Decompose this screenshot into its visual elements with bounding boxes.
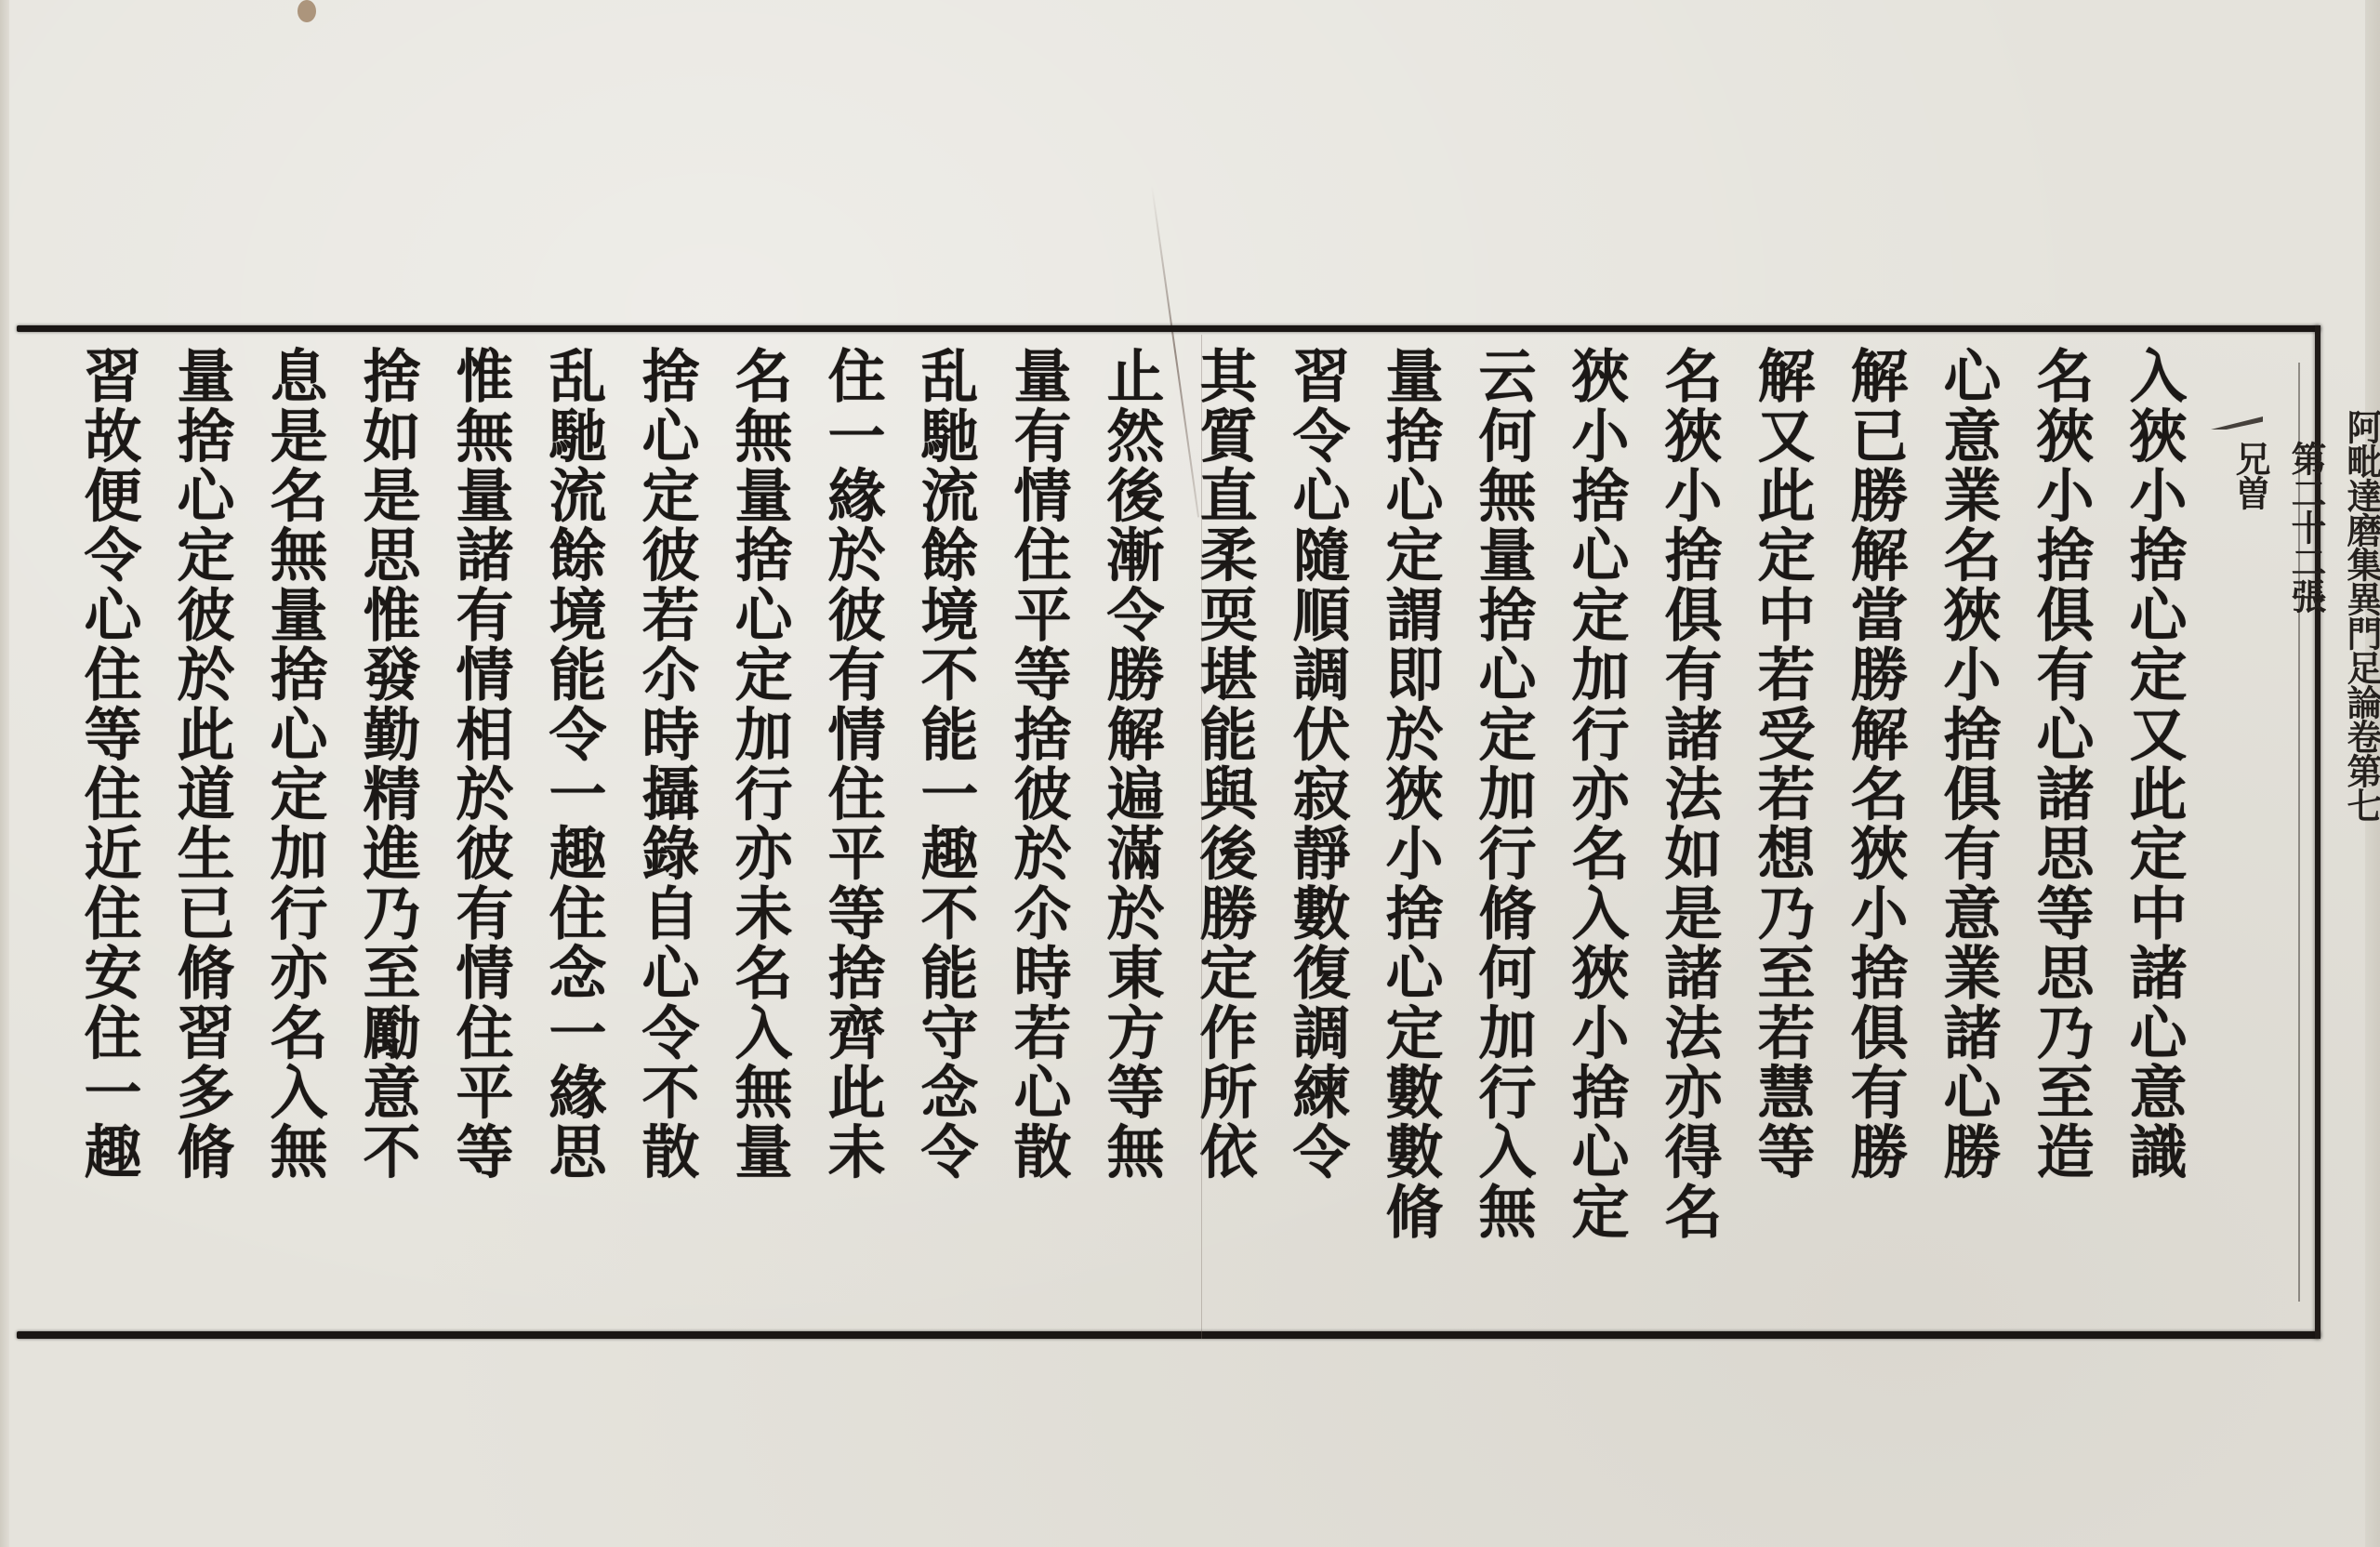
text-column-15: 住一緣於彼有情住平等捨齊此未 bbox=[805, 346, 898, 1318]
printed-frame: 入狹小捨心定又此定中諸心意識 名狹小捨俱有心諸思等思乃至造 心意業名狹小捨俱有意… bbox=[17, 325, 2320, 1339]
text-column-4: 解已勝解當勝解名狹小捨俱有勝 bbox=[1828, 346, 1921, 1318]
text-column-9: 量捨心定謂即於狹小捨心定數數脩 bbox=[1363, 346, 1456, 1318]
text-column-10: 習令心隨順調伏寂靜數復調練令 bbox=[1270, 346, 1363, 1318]
text-column-13: 量有情住平等捨彼於尒時若心散 bbox=[991, 346, 1084, 1318]
paper-edge-left bbox=[0, 0, 9, 1547]
text-column-23: 習故便令心住等住近住安住一趣 bbox=[61, 346, 154, 1318]
text-column-22: 量捨心定彼於此道生已脩習多脩 bbox=[154, 346, 247, 1318]
text-column-3: 心意業名狹小捨俱有意業諸心勝 bbox=[1921, 346, 2014, 1318]
margin-page-number: 第二十二張 bbox=[2278, 441, 2334, 822]
text-column-20: 捨如是思惟發勤精進乃至勵意不 bbox=[340, 346, 433, 1318]
margin-note: 阿毗達磨集異門足論卷第七 第二十二張 兄曽 bbox=[2222, 409, 2380, 822]
frame-border-top bbox=[17, 325, 2320, 332]
text-column-12: 止然後漸令勝解遍滿於東方等無 bbox=[1084, 346, 1177, 1318]
text-column-7: 狹小捨心定加行亦名入狹小捨心定 bbox=[1549, 346, 1642, 1318]
text-column-1: 入狹小捨心定又此定中諸心意識 bbox=[2107, 346, 2200, 1318]
ink-stain bbox=[297, 0, 316, 22]
text-column-11: 其質直柔耎堪能與後勝定作所依 bbox=[1177, 346, 1270, 1318]
text-column-5: 解又此定中若受若想乃至若慧等 bbox=[1735, 346, 1828, 1318]
text-column-8: 云何無量捨心定加行脩何加行入無 bbox=[1456, 346, 1549, 1318]
margin-carver-name: 兄曽 bbox=[2222, 441, 2278, 822]
text-column-14: 乱馳流餘境不能一趣不能守念令 bbox=[898, 346, 991, 1318]
text-column-19: 惟無量諸有情相於彼有情住平等 bbox=[433, 346, 526, 1318]
center-fold-line bbox=[1201, 335, 1202, 1339]
text-column-16: 名無量捨心定加行亦未名入無量 bbox=[712, 346, 805, 1318]
text-column-18: 乱馳流餘境能令一趣住念一緣思 bbox=[526, 346, 619, 1318]
frame-border-bottom bbox=[17, 1331, 2320, 1339]
text-column-21: 息是名無量捨心定加行亦名入無 bbox=[247, 346, 340, 1318]
text-column-6: 名狹小捨俱有諸法如是諸法亦得名 bbox=[1642, 346, 1735, 1318]
text-block: 入狹小捨心定又此定中諸心意識 名狹小捨俱有心諸思等思乃至造 心意業名狹小捨俱有意… bbox=[61, 346, 2200, 1318]
text-column-2: 名狹小捨俱有心諸思等思乃至造 bbox=[2014, 346, 2107, 1318]
text-column-17: 捨心定彼若尒時攝錄自心令不散 bbox=[619, 346, 712, 1318]
margin-title: 阿毗達磨集異門足論卷第七 bbox=[2334, 409, 2380, 822]
